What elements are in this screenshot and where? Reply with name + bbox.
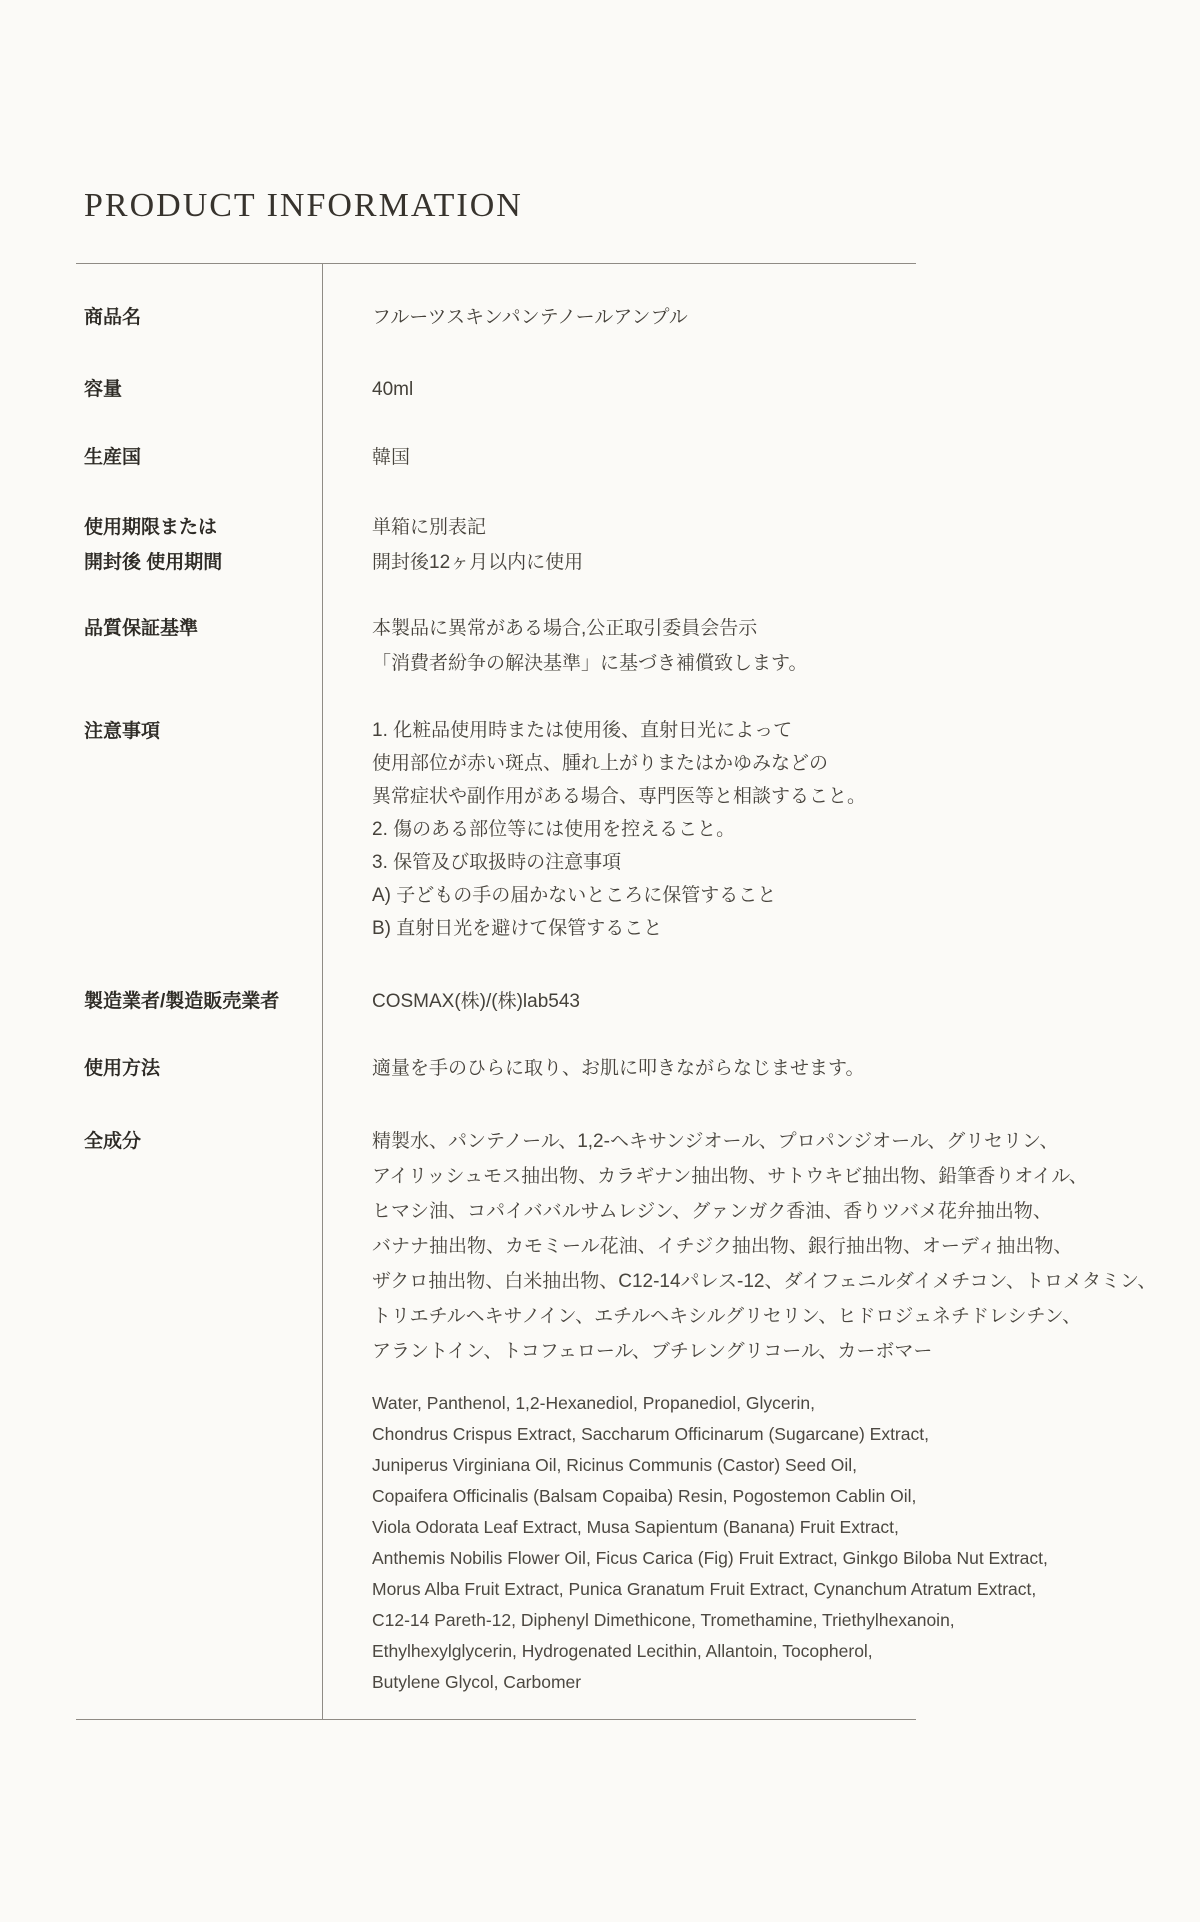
- value-line: B) 直射日光を避けて保管すること: [372, 912, 866, 945]
- label-line: 生産国: [84, 440, 319, 475]
- value-line: フルーツスキンパンテノールアンプル: [372, 300, 688, 335]
- value-line: 2. 傷のある部位等には使用を控えること。: [372, 813, 866, 846]
- label-line: 使用方法: [84, 1051, 319, 1086]
- label-line: 製造業者/製造販売業者: [84, 984, 319, 1019]
- value-line: Anthemis Nobilis Flower Oil, Ficus Caric…: [372, 1543, 1156, 1574]
- label-line: 使用期限または: [84, 510, 319, 545]
- row-value: 適量を手のひらに取り、お肌に叩きながらなじませます。: [372, 1051, 864, 1086]
- value-line: Water, Panthenol, 1,2-Hexanediol, Propan…: [372, 1388, 1156, 1419]
- top-rule: [76, 263, 916, 264]
- value-line: アラントイン、トコフェロール、ブチレングリコール、カーボマー: [372, 1334, 1156, 1369]
- row-label: 注意事項: [84, 714, 319, 749]
- value-line: ヒマシ油、コパイババルサムレジン、グァンガク香油、香りツバメ花弁抽出物、: [372, 1194, 1156, 1229]
- label-line: 容量: [84, 372, 319, 407]
- value-line: トリエチルヘキサノイン、エチルヘキシルグリセリン、ヒドロジェネチドレシチン、: [372, 1299, 1156, 1334]
- row-label: 使用期限または 開封後 使用期間: [84, 510, 319, 580]
- value-line: Viola Odorata Leaf Extract, Musa Sapient…: [372, 1512, 1156, 1543]
- row-value: 単箱に別表記 開封後12ヶ月以内に使用: [372, 510, 583, 580]
- row-value: フルーツスキンパンテノールアンプル: [372, 300, 688, 335]
- row-label: 商品名: [84, 300, 319, 335]
- row-label: 製造業者/製造販売業者: [84, 984, 319, 1019]
- value-line: Butylene Glycol, Carbomer: [372, 1667, 1156, 1698]
- row-label: 使用方法: [84, 1051, 319, 1086]
- value-line: Morus Alba Fruit Extract, Punica Granatu…: [372, 1574, 1156, 1605]
- value-line: 異常症状や副作用がある場合、専門医等と相談すること。: [372, 780, 866, 813]
- label-line: 開封後 使用期間: [84, 545, 319, 580]
- value-line: C12-14 Pareth-12, Diphenyl Dimethicone, …: [372, 1605, 1156, 1636]
- label-line: 全成分: [84, 1124, 319, 1159]
- row-value: 1. 化粧品使用時または使用後、直射日光によって 使用部位が赤い斑点、腫れ上がり…: [372, 714, 866, 945]
- row-value: 精製水、パンテノール、1,2-ヘキサンジオール、プロパンジオール、グリセリン、 …: [372, 1124, 1156, 1698]
- bottom-rule: [76, 1719, 916, 1720]
- product-information-page: PRODUCT INFORMATION 商品名 フルーツスキンパンテノールアンプ…: [0, 0, 1200, 1922]
- ingredients-english-list: Water, Panthenol, 1,2-Hexanediol, Propan…: [372, 1388, 1156, 1698]
- row-value: COSMAX(株)/(株)lab543: [372, 984, 580, 1019]
- value-line: 開封後12ヶ月以内に使用: [372, 545, 583, 580]
- row-value: 本製品に異常がある場合,公正取引委員会告示 「消費者紛争の解決基準」に基づき補償…: [372, 611, 807, 681]
- value-line: 単箱に別表記: [372, 510, 583, 545]
- value-line: アイリッシュモス抽出物、カラギナン抽出物、サトウキビ抽出物、鉛筆香りオイル、: [372, 1159, 1156, 1194]
- page-title: PRODUCT INFORMATION: [84, 185, 523, 227]
- value-line: Copaifera Officinalis (Balsam Copaiba) R…: [372, 1481, 1156, 1512]
- label-line: 注意事項: [84, 714, 319, 749]
- label-line: 商品名: [84, 300, 319, 335]
- row-value: 韓国: [372, 440, 410, 475]
- value-line: Ethylhexylglycerin, Hydrogenated Lecithi…: [372, 1636, 1156, 1667]
- value-line: Juniperus Virginiana Oil, Ricinus Commun…: [372, 1450, 1156, 1481]
- value-line: 40ml: [372, 372, 413, 407]
- label-line: 品質保証基準: [84, 611, 319, 646]
- row-label: 全成分: [84, 1124, 319, 1159]
- row-label: 生産国: [84, 440, 319, 475]
- value-line: ザクロ抽出物、白米抽出物、C12-14パレス-12、ダイフェニルダイメチコン、ト…: [372, 1264, 1156, 1299]
- row-label: 容量: [84, 372, 319, 407]
- row-value: 40ml: [372, 372, 413, 407]
- value-line: 精製水、パンテノール、1,2-ヘキサンジオール、プロパンジオール、グリセリン、: [372, 1124, 1156, 1159]
- value-line: 使用部位が赤い斑点、腫れ上がりまたはかゆみなどの: [372, 747, 866, 780]
- row-label: 品質保証基準: [84, 611, 319, 646]
- value-line: 3. 保管及び取扱時の注意事項: [372, 846, 866, 879]
- value-line: 韓国: [372, 440, 410, 475]
- column-divider: [322, 263, 323, 1719]
- value-line: Chondrus Crispus Extract, Saccharum Offi…: [372, 1419, 1156, 1450]
- value-line: 適量を手のひらに取り、お肌に叩きながらなじませます。: [372, 1051, 864, 1086]
- value-line: COSMAX(株)/(株)lab543: [372, 984, 580, 1019]
- value-line: バナナ抽出物、カモミール花油、イチジク抽出物、銀行抽出物、オーディ抽出物、: [372, 1229, 1156, 1264]
- value-line: 本製品に異常がある場合,公正取引委員会告示: [372, 611, 807, 646]
- value-line: A) 子どもの手の届かないところに保管すること: [372, 879, 866, 912]
- value-line: 1. 化粧品使用時または使用後、直射日光によって: [372, 714, 866, 747]
- value-line: 「消費者紛争の解決基準」に基づき補償致します。: [372, 646, 807, 681]
- ingredients-japanese-list: 精製水、パンテノール、1,2-ヘキサンジオール、プロパンジオール、グリセリン、 …: [372, 1124, 1156, 1369]
